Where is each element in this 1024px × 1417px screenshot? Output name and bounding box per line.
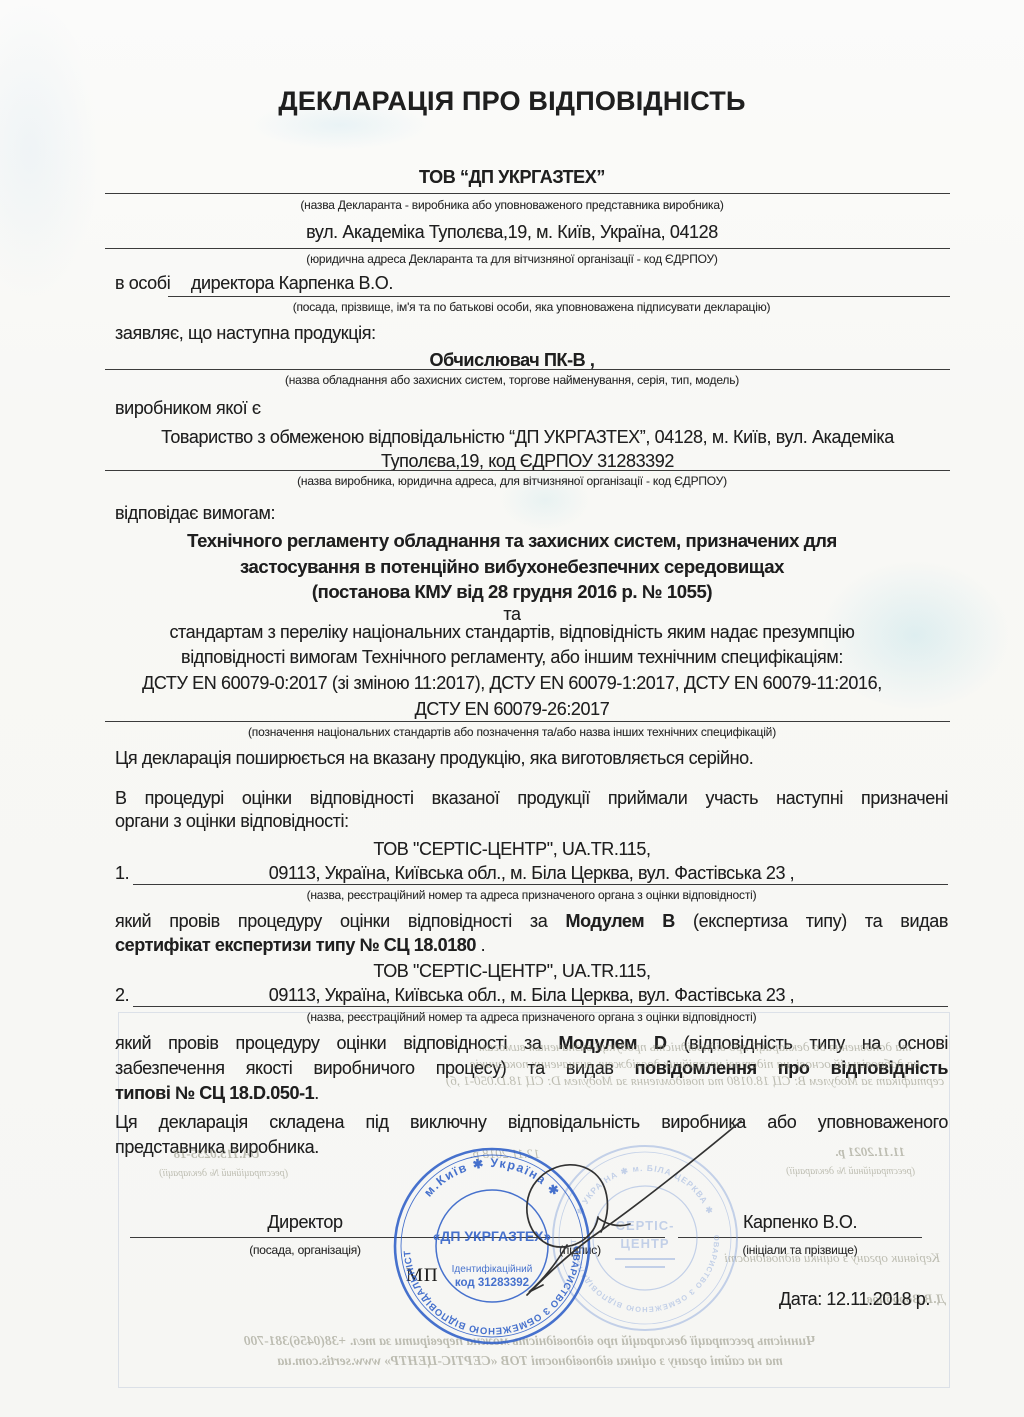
text-segment-bold: типові № СЦ 18.D.050-1 — [115, 1083, 314, 1103]
notified-body1-address: 09113, Україна, Київська обл., м. Біла Ц… — [115, 862, 948, 884]
director-label: Директор — [160, 1211, 450, 1233]
presumption-line1: стандартам з переліку національних станд… — [95, 621, 929, 643]
standards-line1: ДСТУ EN 60079-0:2017 (зі зміною 11:2017)… — [90, 672, 934, 694]
bleedthrough-footer2: та на сайті органу з оцінки відповідност… — [170, 1350, 890, 1372]
declarant-address: вул. Академіка Туполєва,19, м. Київ, Укр… — [95, 221, 929, 243]
text-segment: (експертиза типу) та видав — [675, 911, 948, 931]
text-segment: який провів процедуру оцінки відповіднос… — [115, 911, 566, 931]
declarant-name-caption: (назва Декларанта - виробника або уповно… — [95, 198, 929, 212]
person-caption: (посада, прізвище, ім'я та по батькові о… — [115, 300, 948, 314]
notified-body1-number: 1. — [115, 862, 129, 884]
regulation-line2: застосування в потенційно вибухонебезпеч… — [95, 556, 929, 578]
signatory-name-caption: (ініціали та прізвище) — [678, 1243, 922, 1257]
standards-caption: (позначення національних стандартів або … — [95, 725, 929, 739]
regulation-line3: (постанова КМУ від 28 грудня 2016 р. № 1… — [95, 581, 929, 603]
signature-line-left — [130, 1237, 665, 1238]
scanned-declaration-page: ДЕКЛАРАЦІЯ ПРО ВІДПОВІДНІСТЬ ТОВ “ДП УКР… — [0, 0, 1024, 1417]
mp-mark: МП — [406, 1265, 439, 1287]
notified-body2-caption: (назва, реєстраційний номер та адреса пр… — [115, 1010, 948, 1024]
text-segment: . — [476, 935, 485, 955]
underline — [105, 369, 950, 370]
presumption-line2: відповідності вимогам Технічного регламе… — [95, 646, 929, 668]
declarant-address-caption: (юридична адреса Декларанта та для вітчи… — [95, 252, 929, 266]
bleedthrough-regno: UA.115.0235-18 — [130, 1143, 260, 1165]
page-title: ДЕКЛАРАЦІЯ ПРО ВІДПОВІДНІСТЬ — [95, 90, 929, 112]
bleedthrough-caption-left: (реєстраційний № декларації) — [128, 1163, 288, 1185]
module-b-line2: сертифікат експертизи типу № СЦ 18.0180 … — [115, 934, 948, 956]
responsibility-line1: Ця декларація складена під виключну відп… — [115, 1111, 948, 1133]
underline — [133, 884, 948, 885]
bleedthrough-line: сертифікат за Модулем В: СЦ 18.0180 та п… — [445, 1072, 945, 1089]
bleedthrough-caption-right: (реєстраційний № декларації) — [755, 1161, 915, 1183]
person-line: в особі директора Карпенка В.О. — [115, 272, 948, 294]
underline — [168, 296, 950, 297]
underline — [133, 1006, 948, 1007]
bleedthrough-date2: 11.11.2021 р. — [800, 1141, 905, 1163]
scan-smudge — [0, 0, 100, 300]
director-caption: (посада, організація) — [160, 1243, 450, 1257]
date-label: Дата: 12.11.2018 р. — [700, 1288, 930, 1310]
manufacturer-line1: Товариство з обмеженою відповідальністю … — [105, 426, 950, 448]
notified-body2-org: ТОВ "СЕРТІС-ЦЕНТР", UA.TR.115, — [95, 960, 929, 982]
person-prefix: в особі — [115, 273, 170, 293]
bleedthrough-date1: 12.11.2018 р. — [430, 1143, 540, 1165]
manufacturer-line2: Туполєва,19, код ЄДРПОУ 31283392 — [105, 450, 950, 472]
product-caption: (назва обладнання або захисних систем, т… — [95, 373, 929, 387]
procedure-line1: В процедурі оцінки відповідності вказано… — [115, 787, 948, 809]
bleedthrough-text: та доповнення до декларації про відповід… — [445, 1038, 945, 1089]
underline — [105, 470, 950, 471]
underline — [105, 721, 950, 722]
text-segment-bold: Модулем В — [566, 911, 675, 931]
sign-caption: (підпис) — [520, 1243, 640, 1257]
notified-body1-caption: (назва, реєстраційний номер та адреса пр… — [115, 888, 948, 902]
text-segment-bold: сертифікат експертизи типу № СЦ 18.0180 — [115, 935, 476, 955]
manufacturer-label: виробником якої є — [115, 397, 948, 419]
bleedthrough-line: та доповнення до декларації про відповід… — [445, 1038, 945, 1055]
notified-body1-row: 1. 09113, Україна, Київська обл., м. Біл… — [115, 862, 948, 884]
notified-body2-number: 2. — [115, 984, 129, 1006]
notified-body2-address: 09113, Україна, Київська обл., м. Біла Ц… — [115, 984, 948, 1006]
underline — [105, 248, 950, 249]
declarant-name: ТОВ “ДП УКРГАЗТЕХ” — [95, 166, 929, 188]
bleedthrough-line: на добровільній основі, на підставі несе… — [445, 1055, 945, 1072]
notified-body2-row: 2. 09113, Україна, Київська обл., м. Біл… — [115, 984, 948, 1006]
notified-body1-org: ТОВ "СЕРТІС-ЦЕНТР", UA.TR.115, — [95, 838, 929, 860]
declares-label: заявляє, що наступна продукція: — [115, 322, 948, 344]
module-b-line1: який провів процедуру оцінки відповіднос… — [115, 910, 948, 932]
standards-line2: ДСТУ EN 60079-26:2017 — [95, 698, 929, 720]
procedure-line2: органи з оцінки відповідності: — [115, 810, 948, 832]
product-name: Обчислювач ПК-В , — [95, 349, 929, 371]
underline — [105, 193, 950, 194]
signature-line-right — [678, 1237, 922, 1238]
manufacturer-caption: (назва виробника, юридична адреса, для в… — [95, 474, 929, 488]
complies-label: відповідає вимогам: — [115, 502, 948, 524]
regulation-line1: Технічного регламенту обладнання та захи… — [95, 530, 929, 552]
person-value: директора Карпенка В.О. — [191, 273, 393, 293]
bleedthrough-footer1: Чинність реєстрації декларацій про відпо… — [130, 1330, 930, 1352]
signatory-name: Карпенко В.О. — [678, 1211, 922, 1233]
text-segment: . — [314, 1083, 319, 1103]
serial-note: Ця декларація поширюється на вказану про… — [115, 747, 948, 769]
